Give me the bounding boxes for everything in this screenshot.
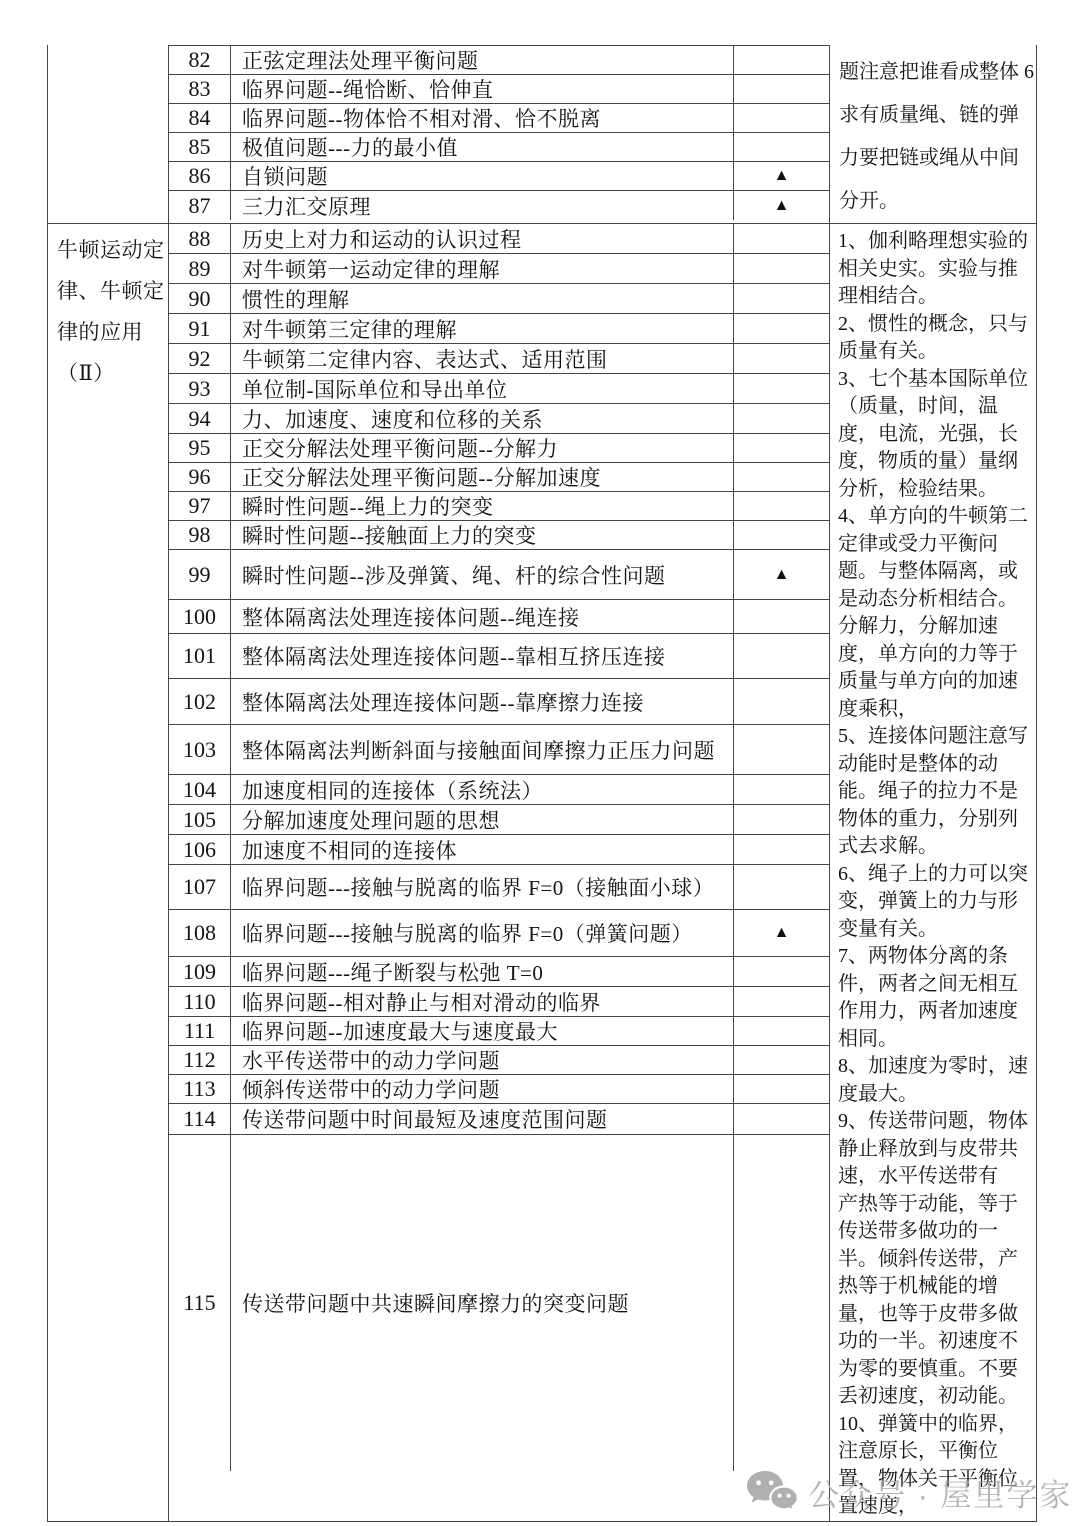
row-number: 97: [169, 492, 231, 520]
table-row: 103整体隔离法判断斜面与接触面间摩擦力正压力问题: [169, 725, 829, 775]
notes-cell: 题注意把谁看成整体 6 求有质量绳、链的弹力要把链或绳从中间分开。: [829, 45, 1036, 223]
table-row: 97瞬时性问题--绳上力的突变: [169, 492, 829, 521]
table-row: 110临界问题--相对静止与相对滑动的临界: [169, 987, 829, 1017]
table-row: 93单位制-国际单位和导出单位: [169, 374, 829, 404]
table-row: 82正弦定理法处理平衡问题: [169, 46, 829, 75]
table-row: 109临界问题---绳子断裂与松弛 T=0: [169, 957, 829, 987]
row-topic: 惯性的理解: [231, 284, 734, 313]
row-topic: 整体隔离法处理连接体问题--靠相互挤压连接: [231, 634, 734, 678]
table-section-newton-laws: 牛顿运动定律、牛顿定律的应用（Ⅱ） 88历史上对力和运动的认识过程89对牛顿第一…: [48, 223, 1036, 1521]
triangle-marker-icon: ▲: [774, 197, 790, 215]
table-row: 90惯性的理解: [169, 284, 829, 314]
row-topic: 临界问题--物体恰不相对滑、恰不脱离: [231, 104, 734, 132]
row-topic: 单位制-国际单位和导出单位: [231, 374, 734, 403]
row-number: 106: [169, 835, 231, 864]
table-row: 105分解加速度处理问题的思想: [169, 805, 829, 835]
row-marker-cell: [734, 254, 829, 283]
wechat-logo-icon: [745, 1469, 799, 1517]
row-number: 83: [169, 75, 231, 103]
table-row: 108临界问题---接触与脱离的临界 F=0（弹簧问题）▲: [169, 910, 829, 957]
row-marker-cell: [734, 284, 829, 313]
row-topic: 传送带问题中共速瞬间摩擦力的突变问题: [231, 1135, 734, 1471]
row-topic: 临界问题---绳子断裂与松弛 T=0: [231, 957, 734, 986]
row-number: 84: [169, 104, 231, 132]
watermark-text: 公众号 · 屋里学家: [808, 1470, 1073, 1515]
row-topic: 对牛顿第三定律的理解: [231, 314, 734, 343]
row-topic: 分解加速度处理问题的思想: [231, 805, 734, 834]
category-cell: [48, 45, 169, 223]
row-topic: 瞬时性问题--接触面上力的突变: [231, 521, 734, 549]
row-marker-cell: [734, 1104, 829, 1134]
row-marker-cell: [734, 600, 829, 633]
table-row: 98瞬时性问题--接触面上力的突变: [169, 521, 829, 550]
row-number: 110: [169, 987, 231, 1016]
row-marker-cell: [734, 434, 829, 462]
row-number: 113: [169, 1075, 231, 1103]
row-marker-cell: [734, 865, 829, 909]
table-row: 100整体隔离法处理连接体问题--绳连接: [169, 600, 829, 634]
row-number: 90: [169, 284, 231, 313]
row-topic: 临界问题--相对静止与相对滑动的临界: [231, 987, 734, 1016]
table-row: 114传送带问题中时间最短及速度范围问题: [169, 1104, 829, 1135]
table-row: 88历史上对力和运动的认识过程: [169, 224, 829, 254]
row-number: 109: [169, 957, 231, 986]
table-row: 107临界问题---接触与脱离的临界 F=0（接触面小球）: [169, 865, 829, 910]
table-row: 102整体隔离法处理连接体问题--靠摩擦力连接: [169, 679, 829, 725]
row-number: 92: [169, 344, 231, 373]
notes-text: 1、伽利略理想实验的相关史实。实验与推理相结合。 2、惯性的概念，只与质量有关。…: [830, 224, 1036, 1521]
row-marker-cell: [734, 374, 829, 403]
table-row: 85极值问题---力的最小值: [169, 133, 829, 162]
row-topic: 加速度相同的连接体（系统法）: [231, 775, 734, 804]
row-number: 108: [169, 910, 231, 956]
table-row: 104加速度相同的连接体（系统法）: [169, 775, 829, 805]
row-topic: 整体隔离法处理连接体问题--靠摩擦力连接: [231, 679, 734, 724]
row-marker-cell: [734, 634, 829, 678]
table-row: 86自锁问题▲: [169, 162, 829, 191]
row-topic: 力、加速度、速度和位移的关系: [231, 404, 734, 433]
table-row: 84临界问题--物体恰不相对滑、恰不脱离: [169, 104, 829, 133]
row-marker-cell: [734, 679, 829, 724]
table-row: 99瞬时性问题--涉及弹簧、绳、杆的综合性问题▲: [169, 550, 829, 600]
table-row: 91对牛顿第三定律的理解: [169, 314, 829, 344]
row-number: 114: [169, 1104, 231, 1134]
row-number: 85: [169, 133, 231, 161]
row-marker-cell: [734, 987, 829, 1016]
row-number: 100: [169, 600, 231, 633]
row-marker-cell: [734, 521, 829, 549]
row-number: 105: [169, 805, 231, 834]
table-row: 101整体隔离法处理连接体问题--靠相互挤压连接: [169, 634, 829, 679]
table-row: 96正交分解法处理平衡问题--分解加速度: [169, 463, 829, 492]
row-marker-cell: [734, 344, 829, 373]
row-topic: 正交分解法处理平衡问题--分解加速度: [231, 463, 734, 491]
row-number: 98: [169, 521, 231, 549]
row-number: 82: [169, 46, 231, 74]
table-row: 95正交分解法处理平衡问题--分解力: [169, 434, 829, 463]
row-topic: 瞬时性问题--涉及弹簧、绳、杆的综合性问题: [231, 550, 734, 599]
row-marker-cell: [734, 404, 829, 433]
row-marker-cell: ▲: [734, 550, 829, 599]
row-number: 99: [169, 550, 231, 599]
row-marker-cell: [734, 1075, 829, 1103]
row-marker-cell: [734, 805, 829, 834]
table-row: 111临界问题--加速度最大与速度最大: [169, 1017, 829, 1046]
row-number: 89: [169, 254, 231, 283]
row-marker-cell: [734, 725, 829, 774]
table-row: 94力、加速度、速度和位移的关系: [169, 404, 829, 434]
row-topic: 倾斜传送带中的动力学问题: [231, 1075, 734, 1103]
row-topic: 临界问题---接触与脱离的临界 F=0（弹簧问题）: [231, 910, 734, 956]
watermark: 公众号 · 屋里学家: [745, 1464, 1073, 1520]
row-marker-cell: ▲: [734, 191, 829, 220]
row-marker-cell: [734, 104, 829, 132]
category-cell: 牛顿运动定律、牛顿定律的应用（Ⅱ）: [48, 224, 169, 1521]
row-topic: 加速度不相同的连接体: [231, 835, 734, 864]
row-number: 95: [169, 434, 231, 462]
row-topic: 历史上对力和运动的认识过程: [231, 224, 734, 253]
triangle-marker-icon: ▲: [774, 924, 790, 942]
table-row: 89对牛顿第一运动定律的理解: [169, 254, 829, 284]
table-row: 83临界问题--绳恰断、恰伸直: [169, 75, 829, 104]
row-marker-cell: [734, 463, 829, 491]
syllabus-table: 82正弦定理法处理平衡问题83临界问题--绳恰断、恰伸直84临界问题--物体恰不…: [47, 45, 1037, 1522]
row-topic: 自锁问题: [231, 162, 734, 190]
row-number: 94: [169, 404, 231, 433]
row-number: 88: [169, 224, 231, 253]
row-topic: 正交分解法处理平衡问题--分解力: [231, 434, 734, 462]
row-marker-cell: ▲: [734, 910, 829, 956]
row-topic: 水平传送带中的动力学问题: [231, 1046, 734, 1074]
notes-cell: 1、伽利略理想实验的相关史实。实验与推理相结合。 2、惯性的概念，只与质量有关。…: [829, 224, 1036, 1521]
row-topic: 对牛顿第一运动定律的理解: [231, 254, 734, 283]
row-number: 87: [169, 191, 231, 220]
row-marker-cell: [734, 835, 829, 864]
row-marker-cell: [734, 133, 829, 161]
row-number: 86: [169, 162, 231, 190]
row-topic: 瞬时性问题--绳上力的突变: [231, 492, 734, 520]
row-number: 103: [169, 725, 231, 774]
row-number: 111: [169, 1017, 231, 1045]
row-number: 115: [169, 1135, 231, 1471]
row-topic: 整体隔离法判断斜面与接触面间摩擦力正压力问题: [231, 725, 734, 774]
row-number: 96: [169, 463, 231, 491]
row-marker-cell: [734, 224, 829, 253]
row-topic: 极值问题---力的最小值: [231, 133, 734, 161]
row-topic: 临界问题---接触与脱离的临界 F=0（接触面小球）: [231, 865, 734, 909]
table-row: 87三力汇交原理▲: [169, 191, 829, 220]
row-topic: 正弦定理法处理平衡问题: [231, 46, 734, 74]
row-number: 93: [169, 374, 231, 403]
row-marker-cell: [734, 957, 829, 986]
triangle-marker-icon: ▲: [774, 566, 790, 584]
row-marker-cell: [734, 775, 829, 804]
table-row: 115传送带问题中共速瞬间摩擦力的突变问题: [169, 1135, 829, 1471]
row-topic: 三力汇交原理: [231, 191, 734, 220]
table-row: 113倾斜传送带中的动力学问题: [169, 1075, 829, 1104]
row-marker-cell: [734, 314, 829, 343]
row-marker-cell: [734, 492, 829, 520]
table-row: 106加速度不相同的连接体: [169, 835, 829, 865]
rows-column: 88历史上对力和运动的认识过程89对牛顿第一运动定律的理解90惯性的理解91对牛…: [169, 224, 829, 1521]
table-section-continued: 82正弦定理法处理平衡问题83临界问题--绳恰断、恰伸直84临界问题--物体恰不…: [48, 45, 1036, 223]
row-number: 107: [169, 865, 231, 909]
row-marker-cell: ▲: [734, 162, 829, 190]
table-row: 92牛顿第二定律内容、表达式、适用范围: [169, 344, 829, 374]
table-row: 112水平传送带中的动力学问题: [169, 1046, 829, 1075]
row-marker-cell: [734, 46, 829, 74]
row-topic: 临界问题--加速度最大与速度最大: [231, 1017, 734, 1045]
category-label: 牛顿运动定律、牛顿定律的应用（Ⅱ）: [57, 238, 165, 385]
row-topic: 临界问题--绳恰断、恰伸直: [231, 75, 734, 103]
row-number: 91: [169, 314, 231, 343]
row-topic: 牛顿第二定律内容、表达式、适用范围: [231, 344, 734, 373]
row-topic: 整体隔离法处理连接体问题--绳连接: [231, 600, 734, 633]
row-number: 112: [169, 1046, 231, 1074]
row-marker-cell: [734, 75, 829, 103]
triangle-marker-icon: ▲: [774, 167, 790, 185]
row-number: 101: [169, 634, 231, 678]
row-number: 102: [169, 679, 231, 724]
row-marker-cell: [734, 1135, 829, 1471]
row-marker-cell: [734, 1017, 829, 1045]
notes-text: 题注意把谁看成整体 6 求有质量绳、链的弹力要把链或绳从中间分开。: [830, 45, 1036, 223]
row-number: 104: [169, 775, 231, 804]
row-topic: 传送带问题中时间最短及速度范围问题: [231, 1104, 734, 1134]
row-marker-cell: [734, 1046, 829, 1074]
rows-column: 82正弦定理法处理平衡问题83临界问题--绳恰断、恰伸直84临界问题--物体恰不…: [169, 45, 829, 223]
